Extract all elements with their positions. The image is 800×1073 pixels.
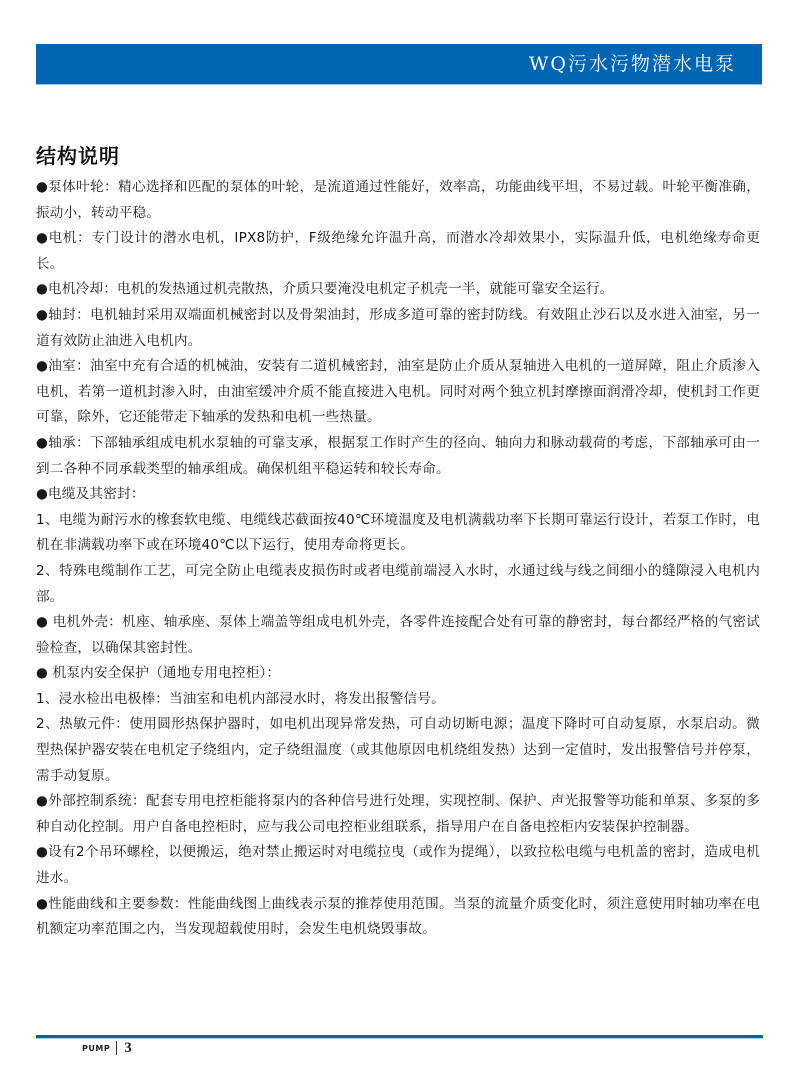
body-content: ●泵体叶轮：精心选择和匹配的泵体的叶轮，是流道通过性能好，效率高，功能曲线平坦，… (36, 175, 760, 943)
paragraph-impeller: ●泵体叶轮：精心选择和匹配的泵体的叶轮，是流道通过性能好，效率高，功能曲线平坦，… (36, 175, 760, 226)
footer-brand: PUMP (82, 1044, 110, 1053)
document-title: WQ污水污物潜水电泵 (529, 51, 736, 77)
paragraph-motor-cooling: ●电机冷却：电机的发热通过机壳散热，介质只要淹没电机定子机壳一半，就能可靠安全运… (36, 277, 760, 303)
paragraph-bearing: ●轴承：下部轴承组成电机水泵轴的可靠支承，根据泵工作时产生的径向、轴向力和脉动载… (36, 431, 760, 482)
paragraph-safety-item-2: 2、热敏元件：使用圆形热保护器时，如电机出现异常发热，可自动切断电源；温度下降时… (36, 712, 760, 789)
paragraph-safety-heading: ● 机泵内安全保护（通地专用电控柜）： (36, 661, 760, 687)
header-bar: WQ污水污物潜水电泵 (36, 44, 762, 85)
page-number: 3 (124, 1040, 132, 1057)
section-title: 结构说明 (36, 142, 120, 170)
paragraph-cable-heading: ●电缆及其密封： (36, 482, 760, 508)
paragraph-performance-curve: ●性能曲线和主要参数：性能曲线图上曲线表示泵的推荐使用范围。当泵的流量介质变化时… (36, 892, 760, 943)
paragraph-lifting-bolts: ●设有2个吊环螺栓，以便搬运，绝对禁止搬运时对电缆拉曳（或作为提绳），以致拉松电… (36, 840, 760, 891)
paragraph-cable-item-2: 2、特殊电缆制作工艺，可完全防止电缆表皮损伤时或者电缆前端浸入水时，水通过线与线… (36, 559, 760, 610)
paragraph-cable-item-1: 1、电缆为耐污水的橡套软电缆、电缆线芯截面按40℃环境温度及电机满载功率下长期可… (36, 508, 760, 559)
footer: PUMP 3 (82, 1040, 132, 1056)
paragraph-oil-chamber: ●油室：油室中充有合适的机械油，安装有二道机械密封，油室是防止介质从泵轴进入电机… (36, 354, 760, 431)
paragraph-shaft-seal: ●轴封：电机轴封采用双端面机械密封以及骨架油封，形成多道可靠的密封防线。有效阻止… (36, 303, 760, 354)
footer-separator (116, 1041, 117, 1055)
paragraph-external-control: ●外部控制系统：配套专用电控柜能将泵内的各种信号进行处理，实现控制、保护、声光报… (36, 789, 760, 840)
paragraph-motor-housing: ● 电机外壳：机座、轴承座、泵体上端盖等组成电机外壳，各零件连接配合处有可靠的静… (36, 610, 760, 661)
paragraph-motor: ●电机：专门设计的潜水电机，IPX8防护，F级绝缘允许温升高，而潜水冷却效果小，… (36, 226, 760, 277)
footer-divider (36, 1035, 763, 1039)
paragraph-safety-item-1: 1、浸水检出电极棒：当油室和电机内部浸水时，将发出报警信号。 (36, 687, 760, 713)
